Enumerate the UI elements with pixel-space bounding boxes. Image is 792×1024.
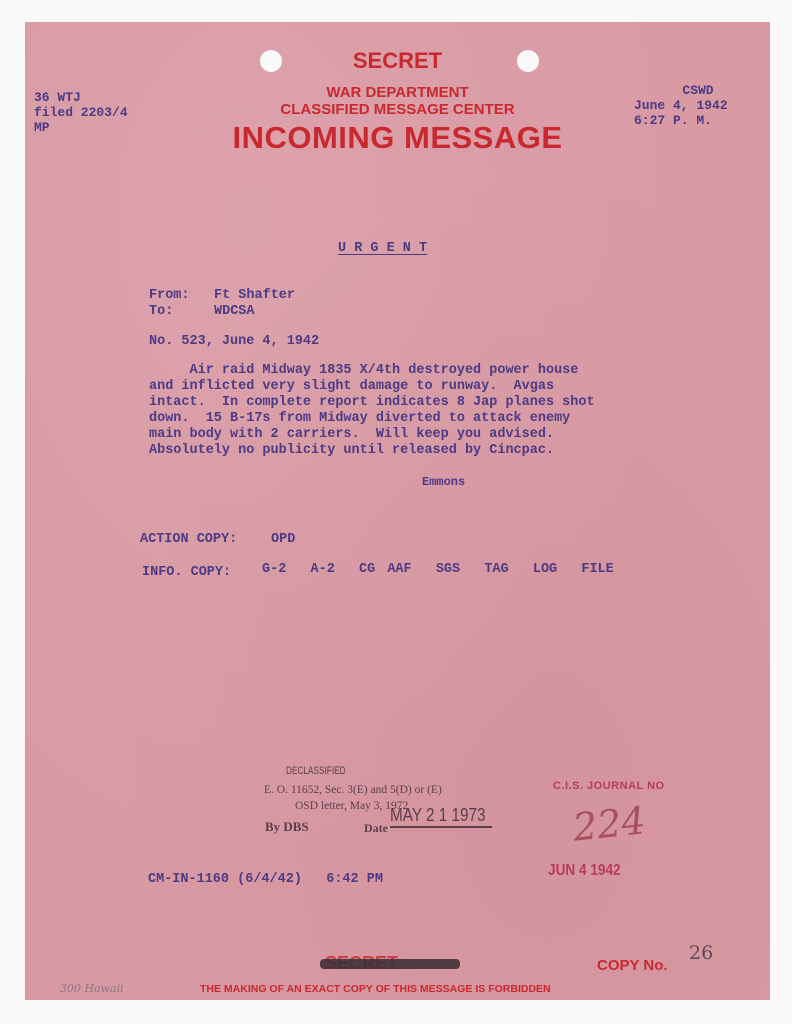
- to-value: WDCSA: [214, 304, 255, 320]
- receipt-notes: 36 WTJfiled 2203/4MP: [34, 90, 128, 135]
- copy-number-label: COPY No.: [597, 957, 668, 974]
- message-number: No. 523, June 4, 1942: [149, 334, 319, 350]
- classification-header: SECRET: [25, 48, 770, 74]
- message-body: Air raid Midway 1835 X/4th destroyed pow…: [149, 363, 595, 459]
- by-label: By: [265, 819, 280, 834]
- office-code: CSWD: [634, 83, 728, 98]
- journal-stamp-label: C.I.S. JOURNAL NO: [553, 780, 665, 792]
- body-line: main body with 2 carriers. Will keep you…: [149, 427, 595, 443]
- body-line: Absolutely no publicity until released b…: [149, 443, 595, 459]
- receipt-time: 6:27 P. M.: [634, 113, 728, 128]
- action-copy-label: ACTION COPY:: [140, 532, 237, 548]
- from-label: From:: [149, 288, 190, 304]
- receipt-line: 36 WTJ: [34, 90, 128, 105]
- receipt-timestamp: CSWDJune 4, 19426:27 P. M.: [634, 83, 728, 128]
- declassified-title: DECLASSIFIED: [286, 765, 346, 777]
- declassification-date: MAY 2 1 1973: [390, 805, 492, 828]
- strikethrough-mark: [320, 959, 460, 969]
- receipt-line: filed 2203/4: [34, 105, 128, 120]
- date-label: Date: [364, 821, 388, 836]
- to-label: To:: [149, 304, 173, 320]
- body-line: down. 15 B-17s from Midway diverted to a…: [149, 411, 595, 427]
- receipt-line: MP: [34, 120, 128, 135]
- receipt-date: June 4, 1942: [634, 98, 728, 113]
- journal-number: 224: [571, 798, 648, 849]
- journal-date: JUN 4 1942: [548, 862, 621, 880]
- info-copy-label: INFO. COPY:: [142, 565, 231, 581]
- declassified-by: By DBS: [265, 819, 309, 835]
- from-value: Ft Shafter: [214, 288, 295, 304]
- copy-number: 26: [689, 942, 713, 964]
- by-value: DBS: [283, 819, 308, 834]
- declassification-authority: E. O. 11652, Sec. 3(E) and 5(D) or (E): [264, 784, 442, 796]
- copy-warning: THE MAKING OF AN EXACT COPY OF THIS MESS…: [200, 983, 551, 995]
- precedence-label: U R G E N T: [338, 241, 427, 257]
- body-line: intact. In complete report indicates 8 J…: [149, 395, 595, 411]
- cm-in-number: CM-IN-1160 (6/4/42) 6:42 PM: [148, 872, 383, 888]
- info-copy-value: G-2 A-2 CG AAF SGS TAG LOG FILE: [262, 562, 614, 578]
- action-copy-value: OPD: [271, 532, 295, 548]
- file-note: 300 Hawaii: [60, 982, 124, 995]
- body-line: and inflicted very slight damage to runw…: [149, 379, 595, 395]
- signature: Emmons: [422, 474, 465, 490]
- body-line: Air raid Midway 1835 X/4th destroyed pow…: [149, 363, 595, 379]
- message-form: SECRET WAR DEPARTMENT CLASSIFIED MESSAGE…: [25, 22, 770, 1000]
